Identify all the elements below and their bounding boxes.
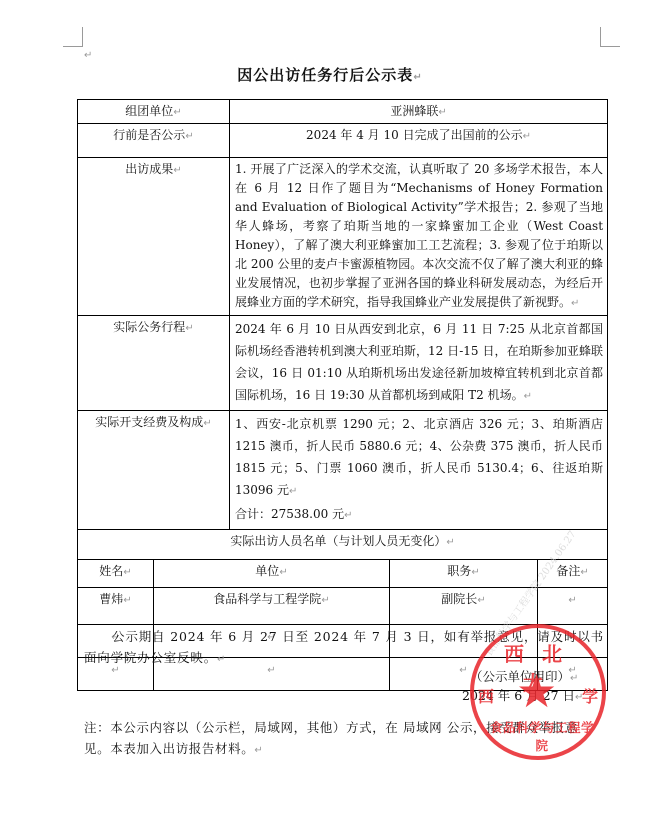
paragraph-mark: ↵ <box>571 298 579 309</box>
paragraph-mark: ↵ <box>523 131 531 142</box>
paragraph-mark: ↵ <box>185 323 193 334</box>
label-itinerary: 实际公务行程 <box>113 320 185 334</box>
seal-left-text: 西 <box>478 684 494 707</box>
star-icon: ★ <box>516 668 557 714</box>
label-group-unit: 组团单位 <box>125 104 173 118</box>
value-cell[interactable]: 亚洲蜂联↵ <box>230 100 608 124</box>
table-row: 行前是否公示↵ 2024 年 4 月 10 日完成了出国前的公示↵ <box>78 124 608 158</box>
page-corner-mark-left <box>63 27 83 47</box>
official-seal-stamp: 西北大 西 ★ 学 食品科学与工程学院 <box>470 624 606 760</box>
value-cell[interactable]: 1、西安-北京机票 1290 元；2、北京酒店 326 元；3、珀斯酒店 121… <box>230 411 608 530</box>
paragraph-mark: ↵ <box>568 595 576 606</box>
table-row: 实际公务行程↵ 2024 年 6 月 10 日从西安到北京，6 月 11 日 7… <box>78 316 608 411</box>
header-position-text: 职务 <box>447 564 471 578</box>
cell-name[interactable]: 曹炜↵ <box>78 588 154 625</box>
paragraph-mark: ↵ <box>123 595 131 606</box>
paragraph-mark: ↵ <box>203 418 211 429</box>
value-expenses-total: 合计：27538.00 元 <box>235 507 344 521</box>
label-expenses: 实际开支经费及构成 <box>95 415 203 429</box>
document-title-text: 因公出访任务行后公示表 <box>237 66 413 84</box>
value-cell[interactable]: 1. 开展了广泛深入的学术交流，认真听取了 20 多场学术报告，本人在 6 月 … <box>230 158 608 316</box>
cell-text: 食品科学与工程学院 <box>213 592 321 606</box>
paragraph-mark: ↵ <box>446 537 454 548</box>
paragraph-mark: ↵ <box>279 567 287 578</box>
cell-text: 副院长 <box>441 592 477 606</box>
header-remarks-text: 备注 <box>556 564 580 578</box>
paragraph-mark: ↵ <box>413 72 422 83</box>
seal-bottom-text: 食品科学与工程学院 <box>486 718 598 754</box>
label-cell: 行前是否公示↵ <box>78 124 230 158</box>
value-visit-results: 1. 开展了广泛深入的学术交流，认真听取了 20 多场学术报告，本人在 6 月 … <box>235 162 603 309</box>
table-row: 实际开支经费及构成↵ 1、西安-北京机票 1290 元；2、北京酒店 326 元… <box>78 411 608 530</box>
table-row: 组团单位↵ 亚洲蜂联↵ <box>78 100 608 124</box>
label-cell: 实际开支经费及构成↵ <box>78 411 230 530</box>
seal-right-text: 学 <box>582 684 598 707</box>
personnel-section-title: 实际出访人员名单（与计划人员无变化）↵ <box>78 530 608 560</box>
header-unit-text: 单位 <box>255 564 279 578</box>
value-pre-publicity: 2024 年 4 月 10 日完成了出国前的公示 <box>306 128 523 142</box>
label-visit-results: 出访成果 <box>125 162 173 176</box>
paragraph-mark: ↵ <box>173 107 181 118</box>
document-title: 因公出访任务行后公示表↵ <box>0 64 660 85</box>
header-name: 姓名↵ <box>78 560 154 588</box>
label-cell: 实际公务行程↵ <box>78 316 230 411</box>
personnel-section-title-text: 实际出访人员名单（与计划人员无变化） <box>230 534 446 548</box>
paragraph-mark: ↵ <box>524 391 532 402</box>
paragraph-mark: ↵ <box>471 567 479 578</box>
value-cell[interactable]: 2024 年 4 月 10 日完成了出国前的公示↵ <box>230 124 608 158</box>
paragraph-mark: ↵ <box>344 510 352 521</box>
label-cell: 出访成果↵ <box>78 158 230 316</box>
header-name-text: 姓名 <box>99 564 123 578</box>
value-group-unit: 亚洲蜂联 <box>390 104 438 118</box>
value-itinerary: 2024 年 6 月 10 日从西安到北京，6 月 11 日 7:25 从北京首… <box>235 322 603 402</box>
label-pre-publicity: 行前是否公示 <box>113 128 185 142</box>
header-position: 职务↵ <box>390 560 538 588</box>
table-row: 实际出访人员名单（与计划人员无变化）↵ <box>78 530 608 560</box>
cell-unit[interactable]: 食品科学与工程学院↵ <box>154 588 390 625</box>
paragraph-mark: ↵ <box>84 50 92 61</box>
table-row: 出访成果↵ 1. 开展了广泛深入的学术交流，认真听取了 20 多场学术报告，本人… <box>78 158 608 316</box>
paragraph-mark: ↵ <box>289 486 297 497</box>
header-unit: 单位↵ <box>154 560 390 588</box>
paragraph-mark: ↵ <box>173 165 181 176</box>
paragraph-mark: ↵ <box>438 107 446 118</box>
paragraph-mark: ↵ <box>321 595 329 606</box>
paragraph-mark: ↵ <box>185 131 193 142</box>
cell-text: 曹炜 <box>99 592 123 606</box>
cell-remarks[interactable]: ↵ <box>538 588 608 625</box>
paragraph-mark: ↵ <box>254 745 263 756</box>
page-corner-mark-right <box>600 27 620 47</box>
value-cell[interactable]: 2024 年 6 月 10 日从西安到北京，6 月 11 日 7:25 从北京首… <box>230 316 608 411</box>
paragraph-mark: ↵ <box>217 654 226 665</box>
label-cell: 组团单位↵ <box>78 100 230 124</box>
paragraph-mark: ↵ <box>580 567 588 578</box>
value-expenses: 1、西安-北京机票 1290 元；2、北京酒店 326 元；3、珀斯酒店 121… <box>235 417 603 497</box>
paragraph-mark: ↵ <box>477 595 485 606</box>
paragraph-mark: ↵ <box>123 567 131 578</box>
